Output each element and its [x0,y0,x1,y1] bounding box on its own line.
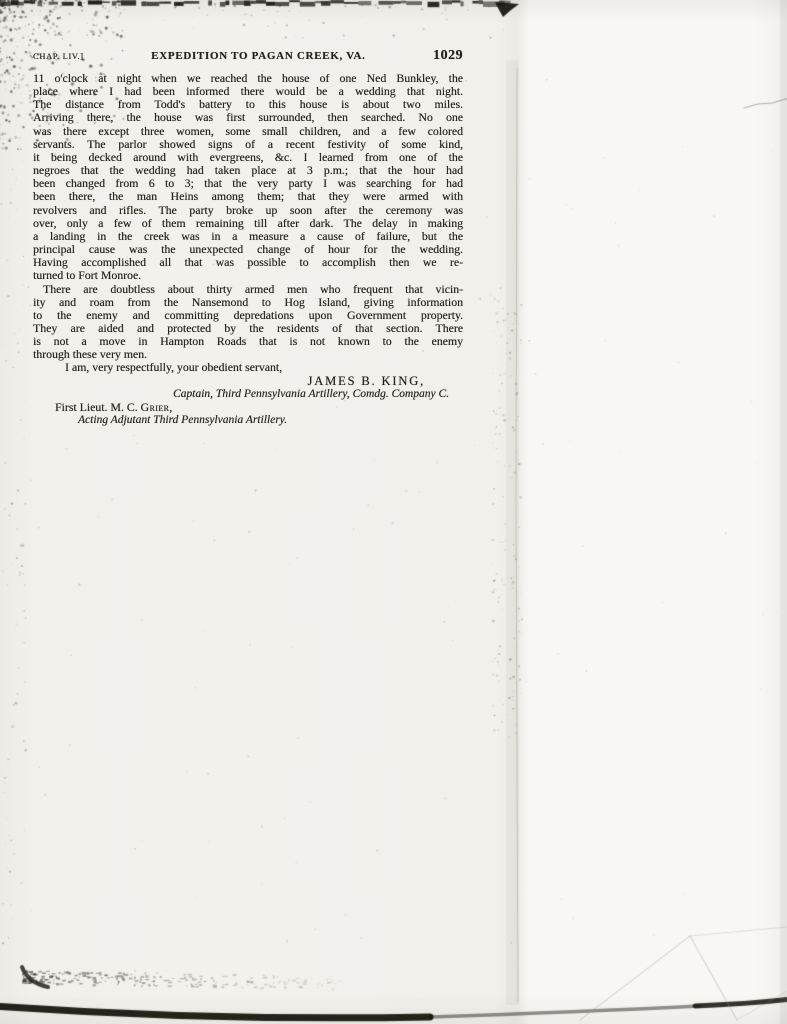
page-content: CHAP. LIV.] EXPEDITION TO PAGAN CREEK, V… [33,48,463,427]
signature-name: JAMES B. KING, [33,375,463,388]
text-line: turned to Fort Monroe. [33,269,463,282]
text-line: to the enemy and committing depredations… [33,309,463,322]
addressee-rank: First Lieut. M. C. [55,400,141,414]
salutation-line: I am, very respectfully, your obedient s… [33,361,463,374]
text-line: servants. The parlor showed signs of a r… [33,138,463,151]
page-number: 1029 [433,48,463,64]
page-header: CHAP. LIV.] EXPEDITION TO PAGAN CREEK, V… [33,48,463,62]
closing-block: I am, very respectfully, your obedient s… [33,361,463,427]
addressee-title: Acting Adjutant Third Pennsylvania Artil… [33,414,463,427]
chapter-label: CHAP. LIV.] [33,51,84,61]
paragraph-2-lines: There are doubtless about thirty armed m… [33,283,463,349]
paragraph-report-body: 11 o'clock at night when we reached the … [33,72,463,283]
text-line: revolvers and rifles. The party broke up… [33,204,463,217]
scanned-document-page: CHAP. LIV.] EXPEDITION TO PAGAN CREEK, V… [0,0,787,1024]
addressee-name: Grier, [141,400,173,414]
text-line: was there except three women, some small… [33,125,463,138]
addressee-line: First Lieut. M. C. Grier, [33,401,463,414]
paragraph-1-lines: 11 o'clock at night when we reached the … [33,72,463,269]
paragraph-armed-men: There are doubtless about thirty armed m… [33,283,463,362]
text-line: been there, the man Heins among them; th… [33,190,463,203]
text-line: Arriving there, the house was first surr… [33,111,463,124]
running-title: EXPEDITION TO PAGAN CREEK, VA. [84,50,433,62]
text-line: ity and roam from the Nansemond to Hog I… [33,296,463,309]
text-line: over, only a few of them remaining till … [33,217,463,230]
text-line: There are doubtless about thirty armed m… [33,283,463,296]
